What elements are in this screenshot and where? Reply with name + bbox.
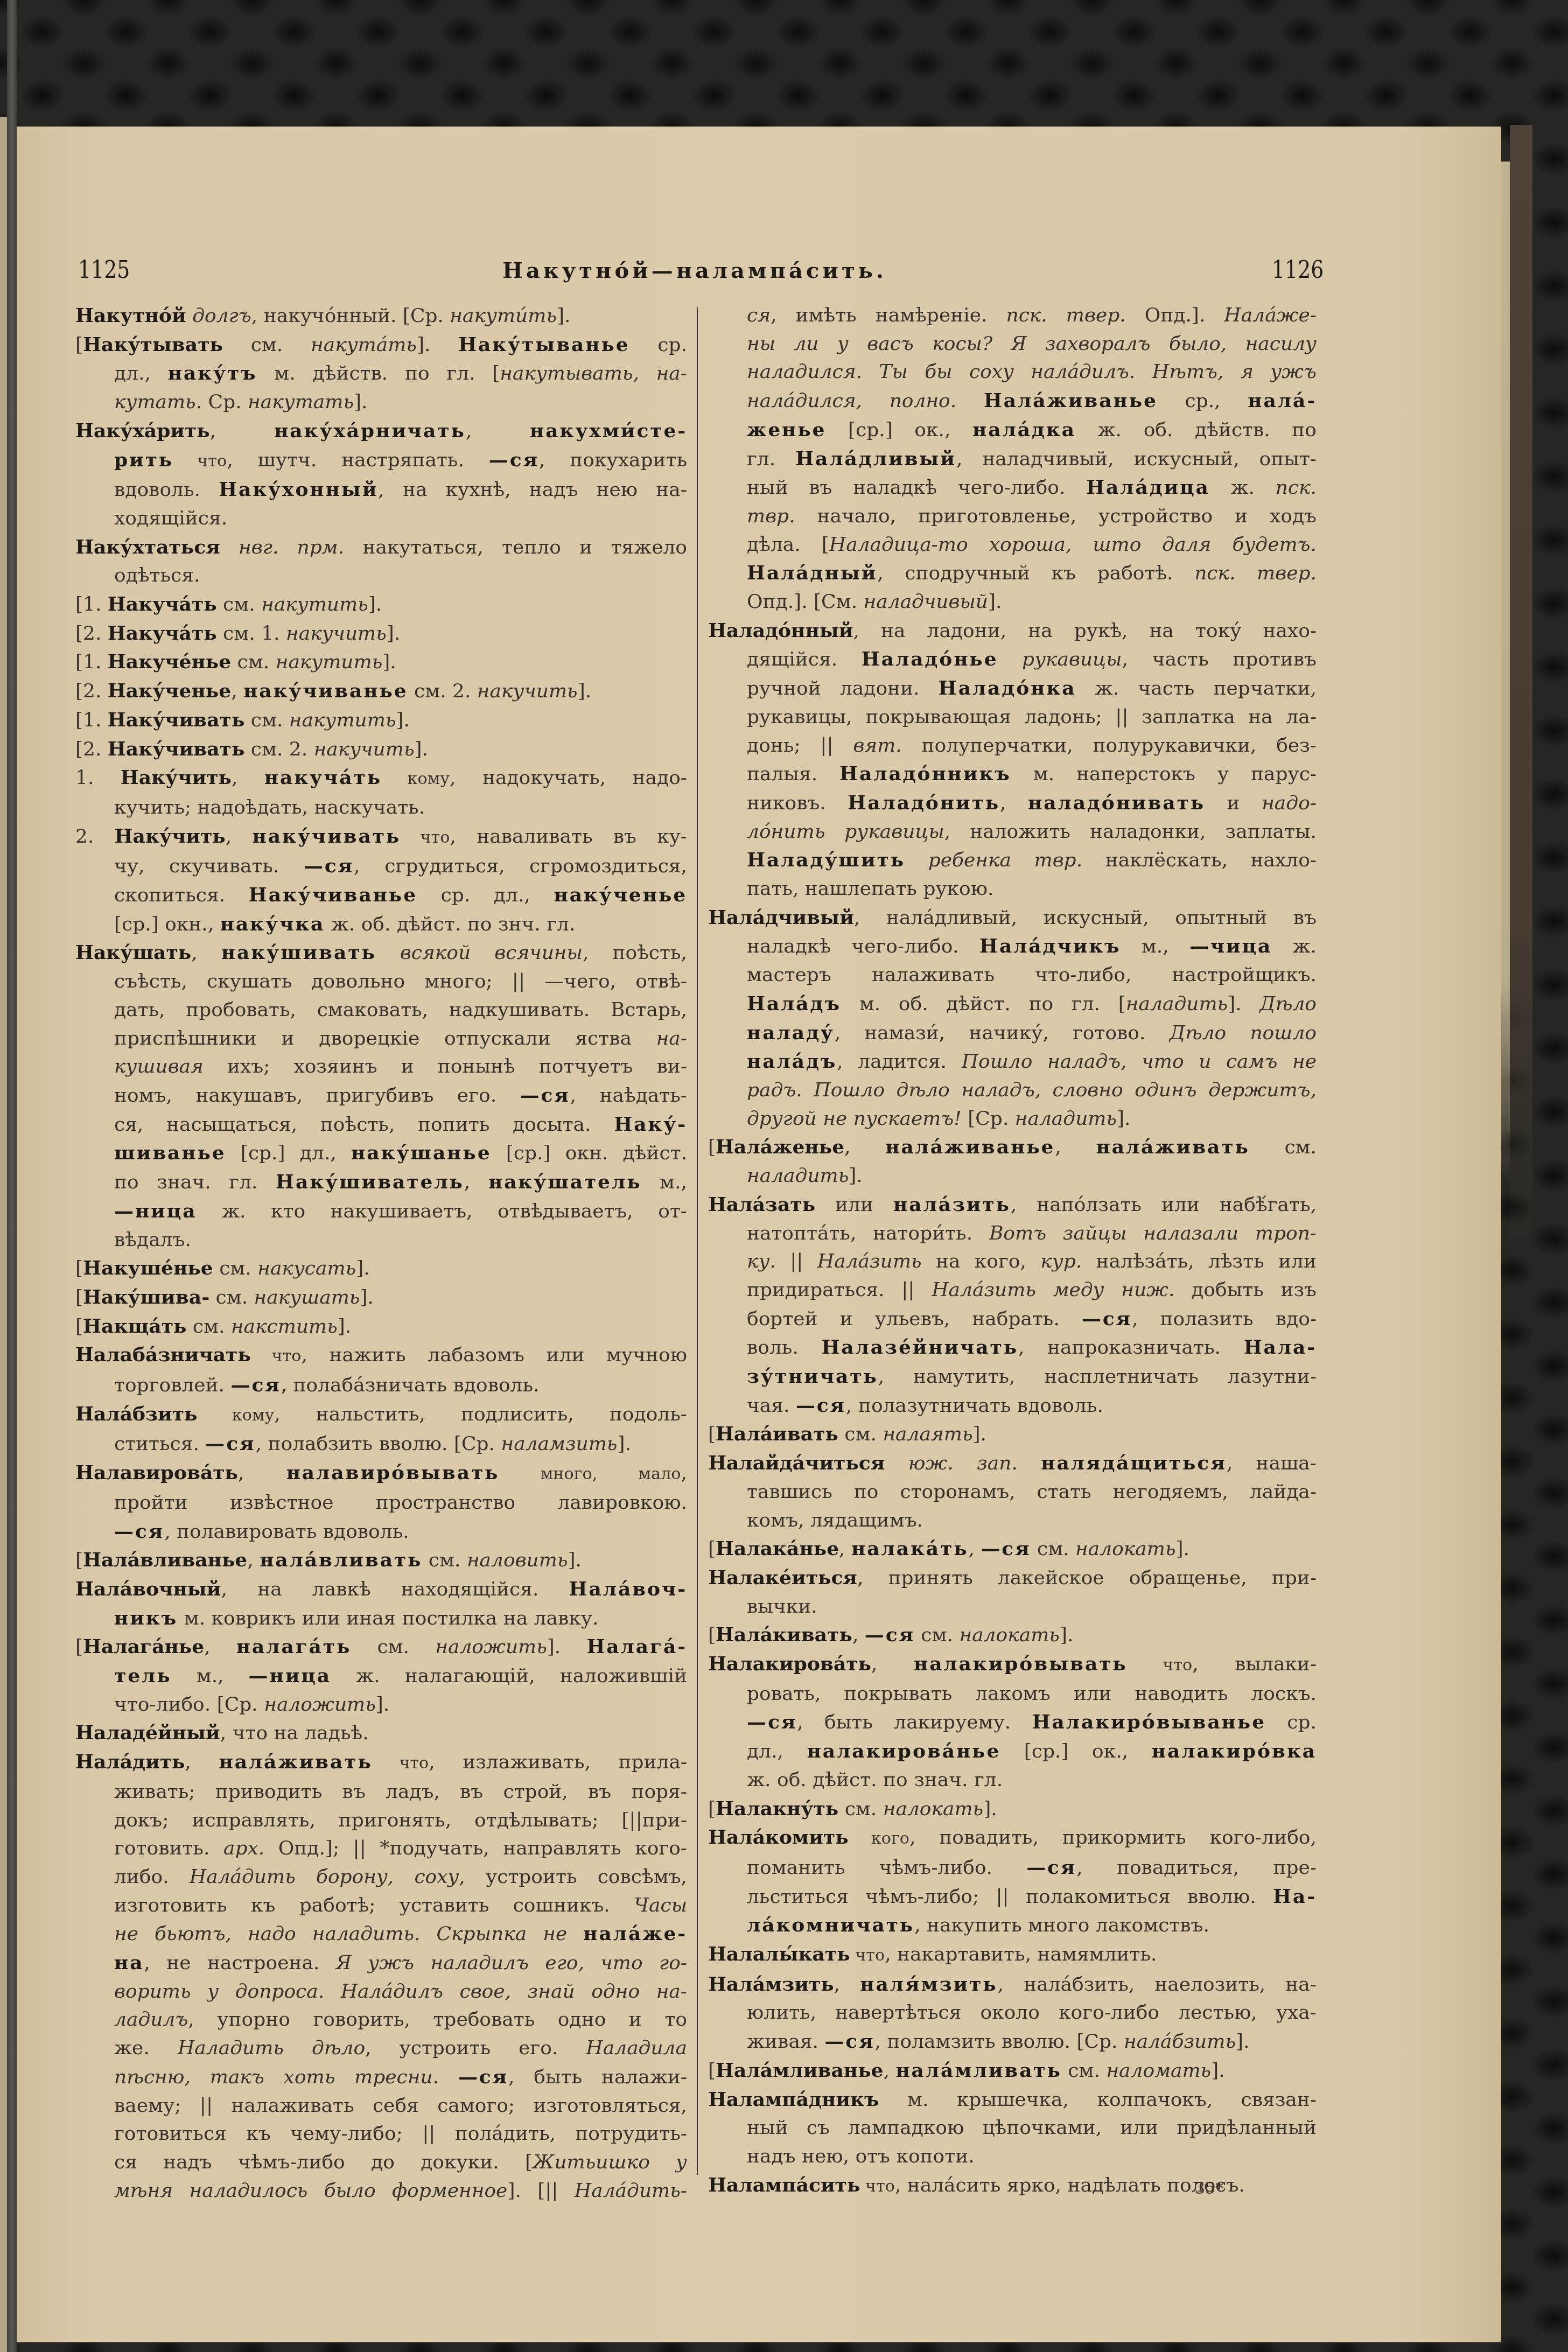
italic-text: кур. xyxy=(1040,1250,1082,1272)
dictionary-line: рить что, шутч. настряпать. —ся, покухар… xyxy=(75,446,687,476)
dictionary-line: Налалы́кать что, накартавить, намямлить. xyxy=(708,1940,1317,1970)
dictionary-line: [Нала́кивать, —ся см. налокать]. xyxy=(708,1621,1317,1650)
body-text: изготовить къ работѣ; уставить сошникъ. xyxy=(114,1894,634,1916)
subentry-term: Нала́дливый xyxy=(795,447,956,470)
subentry-term: тель xyxy=(114,1664,172,1687)
italic-text: Житьишко у xyxy=(533,2151,687,2173)
dictionary-line: чу, скучивать. —ся, сгрудиться, сгромозд… xyxy=(75,852,687,881)
italic-text: другой не пускаетъ! xyxy=(747,1108,962,1130)
grammar-note: что xyxy=(860,2177,895,2196)
body-text: гл. xyxy=(747,448,795,470)
headword: Налаке́иться xyxy=(708,1566,857,1589)
headword: Нала́кивать xyxy=(716,1623,852,1646)
body-text: вычки. xyxy=(747,1595,817,1618)
body-text: ]. xyxy=(1060,1624,1074,1646)
body-text: воль. xyxy=(747,1336,821,1359)
dictionary-line: Нала́зать или нала́зить, напо́лзать или … xyxy=(708,1191,1317,1220)
body-text: [ xyxy=(75,1636,83,1658)
dictionary-line: дл., налакирова́нье [ср.] ок., налакиро́… xyxy=(708,1737,1317,1766)
headword: Накуча́ть xyxy=(108,622,217,645)
subentry-term: налака́ть xyxy=(851,1537,969,1560)
italic-text: Наладица-то хороша, што даля будетъ. xyxy=(829,534,1317,556)
italic-text: на- xyxy=(656,1027,687,1049)
headword: Наку́хтаться xyxy=(75,536,220,558)
italic-text: пск. xyxy=(1276,477,1317,499)
italic-text: Нала́зить меду xyxy=(932,1279,1104,1301)
body-text: ся, насыщаться, поѣсть, попить досыта. xyxy=(114,1114,614,1136)
dictionary-line: пать, нашлепать рукою. xyxy=(708,875,1317,904)
subentry-term: —ся xyxy=(520,1084,570,1107)
body-text: м., xyxy=(172,1665,249,1687)
body-text: , xyxy=(238,1462,286,1484)
printer-signature: 35* xyxy=(1195,2178,1223,2200)
body-text: [ xyxy=(75,334,83,356)
dictionary-line: —ся, полавировать вдоволь. xyxy=(75,1517,687,1546)
italic-text: наламзить xyxy=(501,1433,618,1455)
dictionary-line: [Наку́тывать см. накута́ть]. Наку́тывань… xyxy=(75,331,687,360)
dictionary-line: другой не пускаетъ! [Ср. наладить]. xyxy=(708,1105,1317,1133)
body-text: , намази́, начику́, готово. xyxy=(835,1022,1170,1044)
subentry-term: Нала́дица xyxy=(1086,476,1210,499)
italic-text: накута́ть xyxy=(311,334,417,356)
column-divider xyxy=(697,307,698,2175)
body-text: , xyxy=(185,1751,219,1773)
italic-text: ло́нить рукавицы xyxy=(747,821,944,843)
dictionary-line: готовиться къ чему-либо; || пола́дить, п… xyxy=(75,2120,687,2148)
dictionary-line: [Нала́женье, нала́живанье, нала́живать с… xyxy=(708,1133,1317,1162)
dictionary-line: вѣдалъ. xyxy=(75,1226,687,1255)
body-text: ж. xyxy=(1272,935,1317,957)
body-text: рукавицы, покрывающая ладонь; || заплатк… xyxy=(747,706,1317,728)
body-text: , имѣть намѣреніе. xyxy=(771,304,1006,326)
body-text: [ xyxy=(75,1286,83,1308)
italic-text: Пошло наладъ, что и самъ не xyxy=(962,1051,1317,1073)
body-text: юлить, навертѣться около кого-либо лесть… xyxy=(747,2001,1317,2024)
body-text: , полазутничать вдоволь. xyxy=(846,1395,1103,1417)
dictionary-line: Наку́ха́рить, наку́ха́рничать, накухми́с… xyxy=(75,417,687,446)
subentry-term: нала́дъ xyxy=(747,1050,837,1073)
dictionary-line: Опд.]. [См. наладчивый]. xyxy=(708,588,1317,617)
italic-text: кутать xyxy=(114,391,196,413)
dictionary-line: вычки. xyxy=(708,1593,1317,1621)
body-text: либо. xyxy=(114,1866,190,1888)
body-text: , полавировать вдоволь. xyxy=(164,1521,409,1543)
body-text: дл., xyxy=(747,1740,807,1762)
page-number-left: 1125 xyxy=(78,255,130,285)
body-text: и xyxy=(1205,792,1262,814)
body-text: [1. xyxy=(75,651,108,673)
italic-text: наладить xyxy=(1126,993,1228,1015)
dictionary-line: натопта́ть, натори́ть. Вотъ зайцы налаза… xyxy=(708,1220,1317,1248)
body-text: , наваливать въ ку- xyxy=(450,825,688,848)
dictionary-line: наладился. Ты бы соху нала́дилъ. Нѣтъ, я… xyxy=(708,358,1317,387)
grammar-note: что xyxy=(173,452,227,471)
dictionary-line: Нала́дъ м. об. дѣйст. по гл. [наладить].… xyxy=(708,990,1317,1019)
body-text: , накучо́нный. [Ср. xyxy=(251,305,450,327)
subentry-term: нала́живанье xyxy=(885,1136,1055,1158)
dictionary-line: Накутно́й долгъ, накучо́нный. [Ср. накут… xyxy=(75,302,687,331)
italic-text: пск. твер. xyxy=(1194,562,1317,584)
body-text: съѣсть, скушать довольно много; || —чего… xyxy=(114,970,687,992)
body-text: , полаба́зничать вдоволь. xyxy=(281,1374,540,1396)
body-text: или xyxy=(815,1194,893,1216)
dictionary-line: съѣсть, скушать довольно много; || —чего… xyxy=(75,968,687,996)
dictionary-line: [2. Накуча́ть см. 1. накучить]. xyxy=(75,619,687,648)
headword: Нала́мзить xyxy=(708,1973,834,1996)
body-text: м. наперстокъ у парус- xyxy=(1011,763,1317,785)
dictionary-line: юлить, навертѣться около кого-либо лесть… xyxy=(708,1999,1317,2027)
italic-text: Наладила xyxy=(586,2037,687,2059)
dictionary-line: тель м., —ница ж. налагающій, наложившій xyxy=(75,1662,687,1691)
body-text: см. xyxy=(1062,2060,1107,2082)
body-text: м. крышечка, колпачокъ, связан- xyxy=(879,2089,1317,2111)
headword: Наку́чить xyxy=(115,825,226,848)
subentry-term: наку́шанье xyxy=(351,1142,491,1164)
body-text: ]. xyxy=(973,1423,987,1445)
italic-text: накутить xyxy=(261,593,368,615)
dictionary-line: ный съ лампадкою цѣпочками, или придѣлан… xyxy=(708,2114,1317,2143)
dictionary-line: Налаке́иться, принять лакейское обращень… xyxy=(708,1564,1317,1593)
body-text: [ xyxy=(708,1624,716,1646)
headword: Налаба́зничать xyxy=(75,1343,251,1366)
dictionary-line: не бьютъ, надо наладить. Скрыпка не нала… xyxy=(75,1920,687,1949)
body-text: ж. xyxy=(1210,477,1276,499)
italic-text: арх. xyxy=(223,1837,264,1859)
italic-text: накутить xyxy=(276,651,383,673)
subentry-term: нала́дка xyxy=(972,418,1076,441)
body-text: [ xyxy=(708,1798,716,1820)
italic-text: твр. xyxy=(747,505,795,527)
subentry-term: наку́ха́рничать xyxy=(274,419,466,442)
body-text: см. xyxy=(838,1798,883,1820)
body-text: см. xyxy=(186,1315,231,1338)
book-binding-cord xyxy=(1510,125,1532,1256)
italic-text: накучить xyxy=(286,622,387,645)
dictionary-line: нала́дился, полно. Нала́живанье ср., нал… xyxy=(708,387,1317,416)
dictionary-line: [Нала́ивать см. налаять]. xyxy=(708,1420,1317,1449)
body-text: 2. xyxy=(75,825,115,848)
dictionary-line: ны ли у васъ косы? Я захворалъ было, нас… xyxy=(708,330,1317,359)
body-text: [2. xyxy=(75,680,108,702)
headword: Нала́вливанье xyxy=(83,1549,247,1571)
subentry-term: накухми́сте- xyxy=(530,419,687,442)
dictionary-line: ходящійся. xyxy=(75,505,687,533)
page-stack-edge xyxy=(1501,162,1510,1185)
dictionary-line: кутать. Ср. накутать]. xyxy=(75,388,687,417)
subentry-term: —ся xyxy=(747,1711,797,1733)
body-text: , устроить его. xyxy=(365,2037,586,2059)
body-text: , напо́лзать или набѣ́гать, xyxy=(1011,1194,1317,1216)
body-text: , xyxy=(839,1538,851,1560)
body-text: , нала́сить ярко, надѣлать полосъ. xyxy=(895,2174,1245,2196)
dictionary-line: изготовить къ работѣ; уставить сошникъ. … xyxy=(75,1892,687,1920)
body-text: ]. xyxy=(415,738,429,760)
body-text: номъ, накушавъ, пригубивъ его. xyxy=(114,1084,520,1107)
dictionary-line: вдоволь. Наку́хонный, на кухнѣ, надъ нею… xyxy=(75,475,687,505)
subentry-term: наляда́щиться xyxy=(1041,1452,1226,1474)
italic-text: Я ужъ наладилъ его, что го- xyxy=(336,1952,687,1974)
body-text: м. коврикъ или иная постилка на лавку. xyxy=(178,1607,598,1629)
body-text: ]. xyxy=(557,305,571,327)
dictionary-line: Наладо́нный, на ладони, на рукѣ, на току… xyxy=(708,617,1317,646)
body-text: [2. xyxy=(75,738,108,760)
italic-text: нвг. прм. xyxy=(220,536,344,558)
body-text: Опд.]. xyxy=(1126,304,1224,326)
body-text: [ xyxy=(708,2060,716,2082)
dictionary-line: [2. Наку́чивать см. 2. накучить]. xyxy=(75,735,687,764)
italic-text: нала́бзить xyxy=(1124,2031,1236,2053)
subentry-term: нала́зить xyxy=(893,1193,1011,1216)
dictionary-line: [Налакну́ть см. налокать]. xyxy=(708,1795,1317,1824)
body-text: , нала́дливый, искусный, опытный въ xyxy=(854,907,1317,929)
dictionary-line: гл. Нала́дливый, наладчивый, искусный, о… xyxy=(708,445,1317,474)
body-text: ж. кто накушиваетъ, отвѣдываетъ, от- xyxy=(197,1200,687,1222)
dictionary-line: ваему; || налаживать себя самого; изгото… xyxy=(75,2092,687,2120)
body-text: накутаться, тепло и тяжело xyxy=(344,536,687,558)
body-text: , нальстить, подлисить, подоль- xyxy=(274,1403,687,1425)
subentry-term: —ся xyxy=(114,1520,164,1543)
scanner-frame-edge xyxy=(7,0,17,2352)
italic-text: наладчивый xyxy=(864,591,988,613)
body-text xyxy=(1018,1452,1041,1474)
dictionary-line: живать; приводить въ ладъ, въ строй, въ … xyxy=(75,1778,687,1807)
subentry-term: —ся xyxy=(865,1623,915,1646)
body-text: ]. xyxy=(360,1286,374,1308)
italic-text: налаять xyxy=(883,1423,972,1445)
subentry-term: на xyxy=(114,1951,144,1974)
body-text: , xyxy=(226,825,253,848)
body-text: ж. об. дѣйст. по знач. гл. xyxy=(747,1769,1003,1791)
subentry-term: налакирова́нье xyxy=(807,1740,1000,1762)
body-text: , xyxy=(681,1462,687,1484)
italic-text: Нала́зить xyxy=(817,1250,922,1272)
body-text: кучить; надоѣдать, наскучать. xyxy=(114,796,425,818)
body-text: см. xyxy=(915,1624,960,1646)
body-text: ]. xyxy=(387,622,401,645)
headword: Нала́дить xyxy=(75,1751,185,1773)
subentry-term: накуча́ть xyxy=(264,766,382,789)
dictionary-line: Налампа́дникъ м. крышечка, колпачокъ, св… xyxy=(708,2085,1317,2115)
body-text: поманить чѣмъ-либо. xyxy=(747,1857,1026,1879)
body-text: , сподручный къ работѣ. xyxy=(877,562,1194,584)
body-text: , упорно говорить, требовать одно и то xyxy=(188,2008,687,2031)
body-text: ]. xyxy=(376,1693,390,1716)
dictionary-line: Налакирова́ть, налакиро́вывать что, выла… xyxy=(708,1650,1317,1680)
dictionary-line: кучить; надоѣдать, наскучать. xyxy=(75,794,687,822)
headword: Налака́нье xyxy=(716,1537,839,1560)
dictionary-line: скопиться. Наку́чиванье ср. дл., наку́че… xyxy=(75,881,687,910)
subentry-term: Налакиро́выванье xyxy=(1032,1711,1266,1733)
body-text: , xyxy=(852,1624,865,1646)
dictionary-line: радъ. Пошло дѣло наладъ, словно одинъ де… xyxy=(708,1076,1317,1105)
dictionary-line: никовъ. Наладо́нить, наладо́нивать и над… xyxy=(708,789,1317,818)
body-text: [1. xyxy=(75,709,108,731)
body-text: , xyxy=(1055,1136,1096,1158)
body-text: , полабзить вволю. [Ср. xyxy=(256,1433,501,1455)
dictionary-line: ный въ наладкѣ чего-либо. Нала́дица ж. п… xyxy=(708,473,1317,502)
italic-text: надо- xyxy=(1262,792,1317,814)
body-text: , xyxy=(466,420,530,442)
body-text: ]. xyxy=(1117,1108,1131,1130)
headword: Налакну́ть xyxy=(716,1797,838,1820)
body-text: , излаживать, прила- xyxy=(429,1751,687,1773)
dictionary-line: [Наку́шива- см. накушать]. xyxy=(75,1283,687,1312)
headword: Наку́ха́рить xyxy=(75,419,210,442)
dictionary-line: одѣться. xyxy=(75,562,687,590)
headword: Накуче́нье xyxy=(108,650,231,673)
body-text: , на кухнѣ, надъ нею на- xyxy=(378,479,687,501)
subentry-term: наладу́ xyxy=(747,1021,835,1044)
italic-text: наложить xyxy=(264,1693,376,1716)
italic-text: накстить xyxy=(231,1315,338,1338)
body-text: м., xyxy=(641,1171,687,1193)
body-text: , xyxy=(191,942,221,964)
body-text: см. xyxy=(223,334,311,356)
body-text: [ xyxy=(708,1423,716,1445)
body-text: см. xyxy=(1031,1538,1076,1560)
dictionary-line: бортей и ульевъ, набрать. —ся, полазить … xyxy=(708,1305,1317,1334)
body-text: см. xyxy=(217,593,262,615)
dictionary-line: ло́нить рукавицы, наложить наладонки, за… xyxy=(708,818,1317,846)
body-text: вдоволь. xyxy=(114,479,219,501)
subentry-term: наку́тъ xyxy=(168,362,257,384)
body-text: ср. xyxy=(1266,1711,1317,1733)
body-text: [ср.] ок., xyxy=(1000,1740,1151,1762)
italic-text: Вотъ зайцы налазали троп- xyxy=(989,1222,1317,1244)
subentry-term: —чица xyxy=(1189,935,1272,957)
dictionary-line: [Налака́нье, налака́ть, —ся см. налокать… xyxy=(708,1535,1317,1564)
body-text: || xyxy=(776,1250,817,1272)
headword: Нала́дчивый xyxy=(708,906,854,929)
dictionary-line: Нала́бзить кому, нальстить, подлисить, п… xyxy=(75,1400,687,1430)
body-text: начало, приготовленье, устройство и ходъ xyxy=(795,505,1317,527)
subentry-term: налакиро́вывать xyxy=(914,1653,1128,1675)
dictionary-line: живая. —ся, поламзить вволю. [Ср. нала́б… xyxy=(708,2027,1317,2056)
dictionary-line: [1. Накуче́нье см. накутить]. xyxy=(75,648,687,677)
headword: Нала́вочный xyxy=(75,1578,221,1600)
dictionary-line: льститься чѣмъ-либо; || полакомиться вво… xyxy=(708,1882,1317,1912)
body-text: [ср.] ок., xyxy=(826,419,972,441)
body-text: , напроказничать. xyxy=(1018,1336,1244,1359)
dictionary-line: дящійся. Наладо́нье рукавицы, часть прот… xyxy=(708,645,1317,674)
dictionary-line: 2. Наку́чить, наку́чивать что, наваливат… xyxy=(75,822,687,852)
italic-text: Нала́же- xyxy=(1224,304,1317,326)
dictionary-line: пройти извѣстное пространство лавировкою… xyxy=(75,1489,687,1517)
body-text: палыя. xyxy=(747,763,839,785)
subentry-term: —ся xyxy=(458,2066,508,2088)
italic-text: Дѣло xyxy=(1259,993,1317,1015)
body-text: [ср.] окн., xyxy=(114,913,220,935)
body-text: ср., xyxy=(1158,390,1248,412)
dictionary-line: 1. Наку́чить, накуча́ть кому, надокучать… xyxy=(75,764,687,794)
body-text: докъ; исправлять, пригонять, отдѣлывать;… xyxy=(114,1809,687,1831)
dictionary-line: приспѣшники и дворецкіе отпускали яства … xyxy=(75,1025,687,1053)
headword: Наладо́нный xyxy=(708,619,853,642)
column-right: ся, имѣть намѣреніе. пск. твер. Опд.]. Н… xyxy=(708,302,1317,2201)
headword: Наку́чивать xyxy=(108,738,245,760)
body-text: на кого, xyxy=(922,1250,1041,1272)
subentry-term: Нала- xyxy=(1244,1336,1317,1359)
dictionary-line: донь; || вят. полуперчатки, полурукавичк… xyxy=(708,732,1317,760)
body-text: ровать, покрывать лакомъ или наводить ло… xyxy=(747,1683,1317,1705)
body-text: ]. xyxy=(417,334,458,356)
dictionary-line: мѣня наладилось было форменное]. [|| Нал… xyxy=(75,2177,687,2206)
headword: Нала́зать xyxy=(708,1193,815,1216)
italic-text: ладилъ xyxy=(114,2008,188,2031)
headword: Наладе́йный xyxy=(75,1721,220,1744)
subentry-term: —ся xyxy=(304,855,354,877)
body-text: , повадиться, пре- xyxy=(1076,1857,1317,1879)
headword: Нала́ивать xyxy=(716,1423,838,1445)
headword: Налага́нье xyxy=(83,1635,204,1658)
body-text: пать, нашлепать рукою. xyxy=(747,878,994,900)
dictionary-line: Наку́шать, наку́шивать всякой всячины, п… xyxy=(75,939,687,968)
dictionary-line: ся, имѣть намѣреніе. пск. твер. Опд.]. Н… xyxy=(708,302,1317,330)
dictionary-line: Налаба́зничать что, нажить лабазомъ или … xyxy=(75,1341,687,1371)
body-text: одѣться. xyxy=(114,564,200,586)
body-text: тавшись по сторонамъ, стать негодяемъ, л… xyxy=(747,1481,1317,1503)
italic-text: ниж. xyxy=(1121,1279,1174,1301)
body-text: живая. xyxy=(747,2031,824,2053)
body-text: . Ср. xyxy=(196,391,248,413)
dictionary-line: нала́дъ, ладится. Пошло наладъ, что и са… xyxy=(708,1047,1317,1076)
body-text xyxy=(956,390,984,412)
body-text: м. дѣйств. по гл. [ xyxy=(257,362,500,384)
headword: Наку́тывать xyxy=(83,333,223,356)
body-text: ]. xyxy=(1228,993,1259,1015)
body-text: ср. xyxy=(630,334,687,356)
italic-text: ны ли у васъ косы? Я захворалъ было, нас… xyxy=(747,333,1317,355)
dictionary-line: на, не настроена. Я ужъ наладилъ его, чт… xyxy=(75,1949,687,1978)
subentry-term: —ница xyxy=(114,1200,197,1222)
body-text: придираться. || xyxy=(747,1279,932,1301)
body-text: [ xyxy=(708,1538,716,1560)
dictionary-line: ся надъ чѣмъ-либо до докуки. [Житьишко у xyxy=(75,2148,687,2177)
dictionary-line: Нала́комить кого, повадить, прикормить к… xyxy=(708,1823,1317,1853)
body-text: , часть противъ xyxy=(1122,648,1317,670)
dictionary-line: Налайда́читься юж. зап. наляда́щиться, н… xyxy=(708,1449,1317,1478)
dictionary-line: дать, пробовать, смаковать, надкушивать.… xyxy=(75,996,687,1025)
subentry-term: налавиро́вывать xyxy=(286,1461,500,1484)
body-text: живать; приводить въ ладъ, въ строй, въ … xyxy=(114,1781,687,1803)
running-head: Накутно́й—налампа́сить. xyxy=(345,257,1045,285)
body-text: см. xyxy=(213,1257,258,1279)
dictionary-line: ж. об. дѣйст. по знач. гл. xyxy=(708,1766,1317,1795)
body-text: готовить. xyxy=(114,1837,223,1859)
body-text: мастеръ налаживать что-либо, настройщикъ… xyxy=(747,964,1317,986)
body-text: [ср.] дл., xyxy=(226,1142,352,1164)
body-text: , вылаки- xyxy=(1192,1653,1317,1675)
headword: Налампа́сить xyxy=(708,2174,860,2196)
dictionary-line: комъ, лядащимъ. xyxy=(708,1507,1317,1535)
italic-text: радъ. Пошло дѣло наладъ, словно одинъ де… xyxy=(747,1079,1317,1101)
headword: Налайда́читься xyxy=(708,1452,885,1474)
subentry-term: шиванье xyxy=(114,1142,226,1164)
body-text: чая. xyxy=(747,1395,796,1417)
italic-text: наладить xyxy=(747,1165,849,1187)
body-text: приспѣшники и дворецкіе отпускали яства xyxy=(114,1027,656,1049)
italic-text: ся xyxy=(747,304,771,326)
body-text: наладкѣ чего-либо. xyxy=(747,935,979,957)
subentry-term: нала́живать xyxy=(219,1751,372,1773)
subentry-term: наля́мзить xyxy=(860,1973,997,1996)
body-text: ]. xyxy=(849,1165,863,1187)
dictionary-line: поманить чѣмъ-либо. —ся, повадиться, пре… xyxy=(708,1853,1317,1882)
dictionary-line: [1. Накуча́ть см. накутить]. xyxy=(75,590,687,619)
body-text: , нала́бзить, наелозить, на- xyxy=(998,1973,1317,1996)
headword: Налампа́дникъ xyxy=(708,2088,879,2111)
italic-text: всякой всячины xyxy=(376,942,583,964)
